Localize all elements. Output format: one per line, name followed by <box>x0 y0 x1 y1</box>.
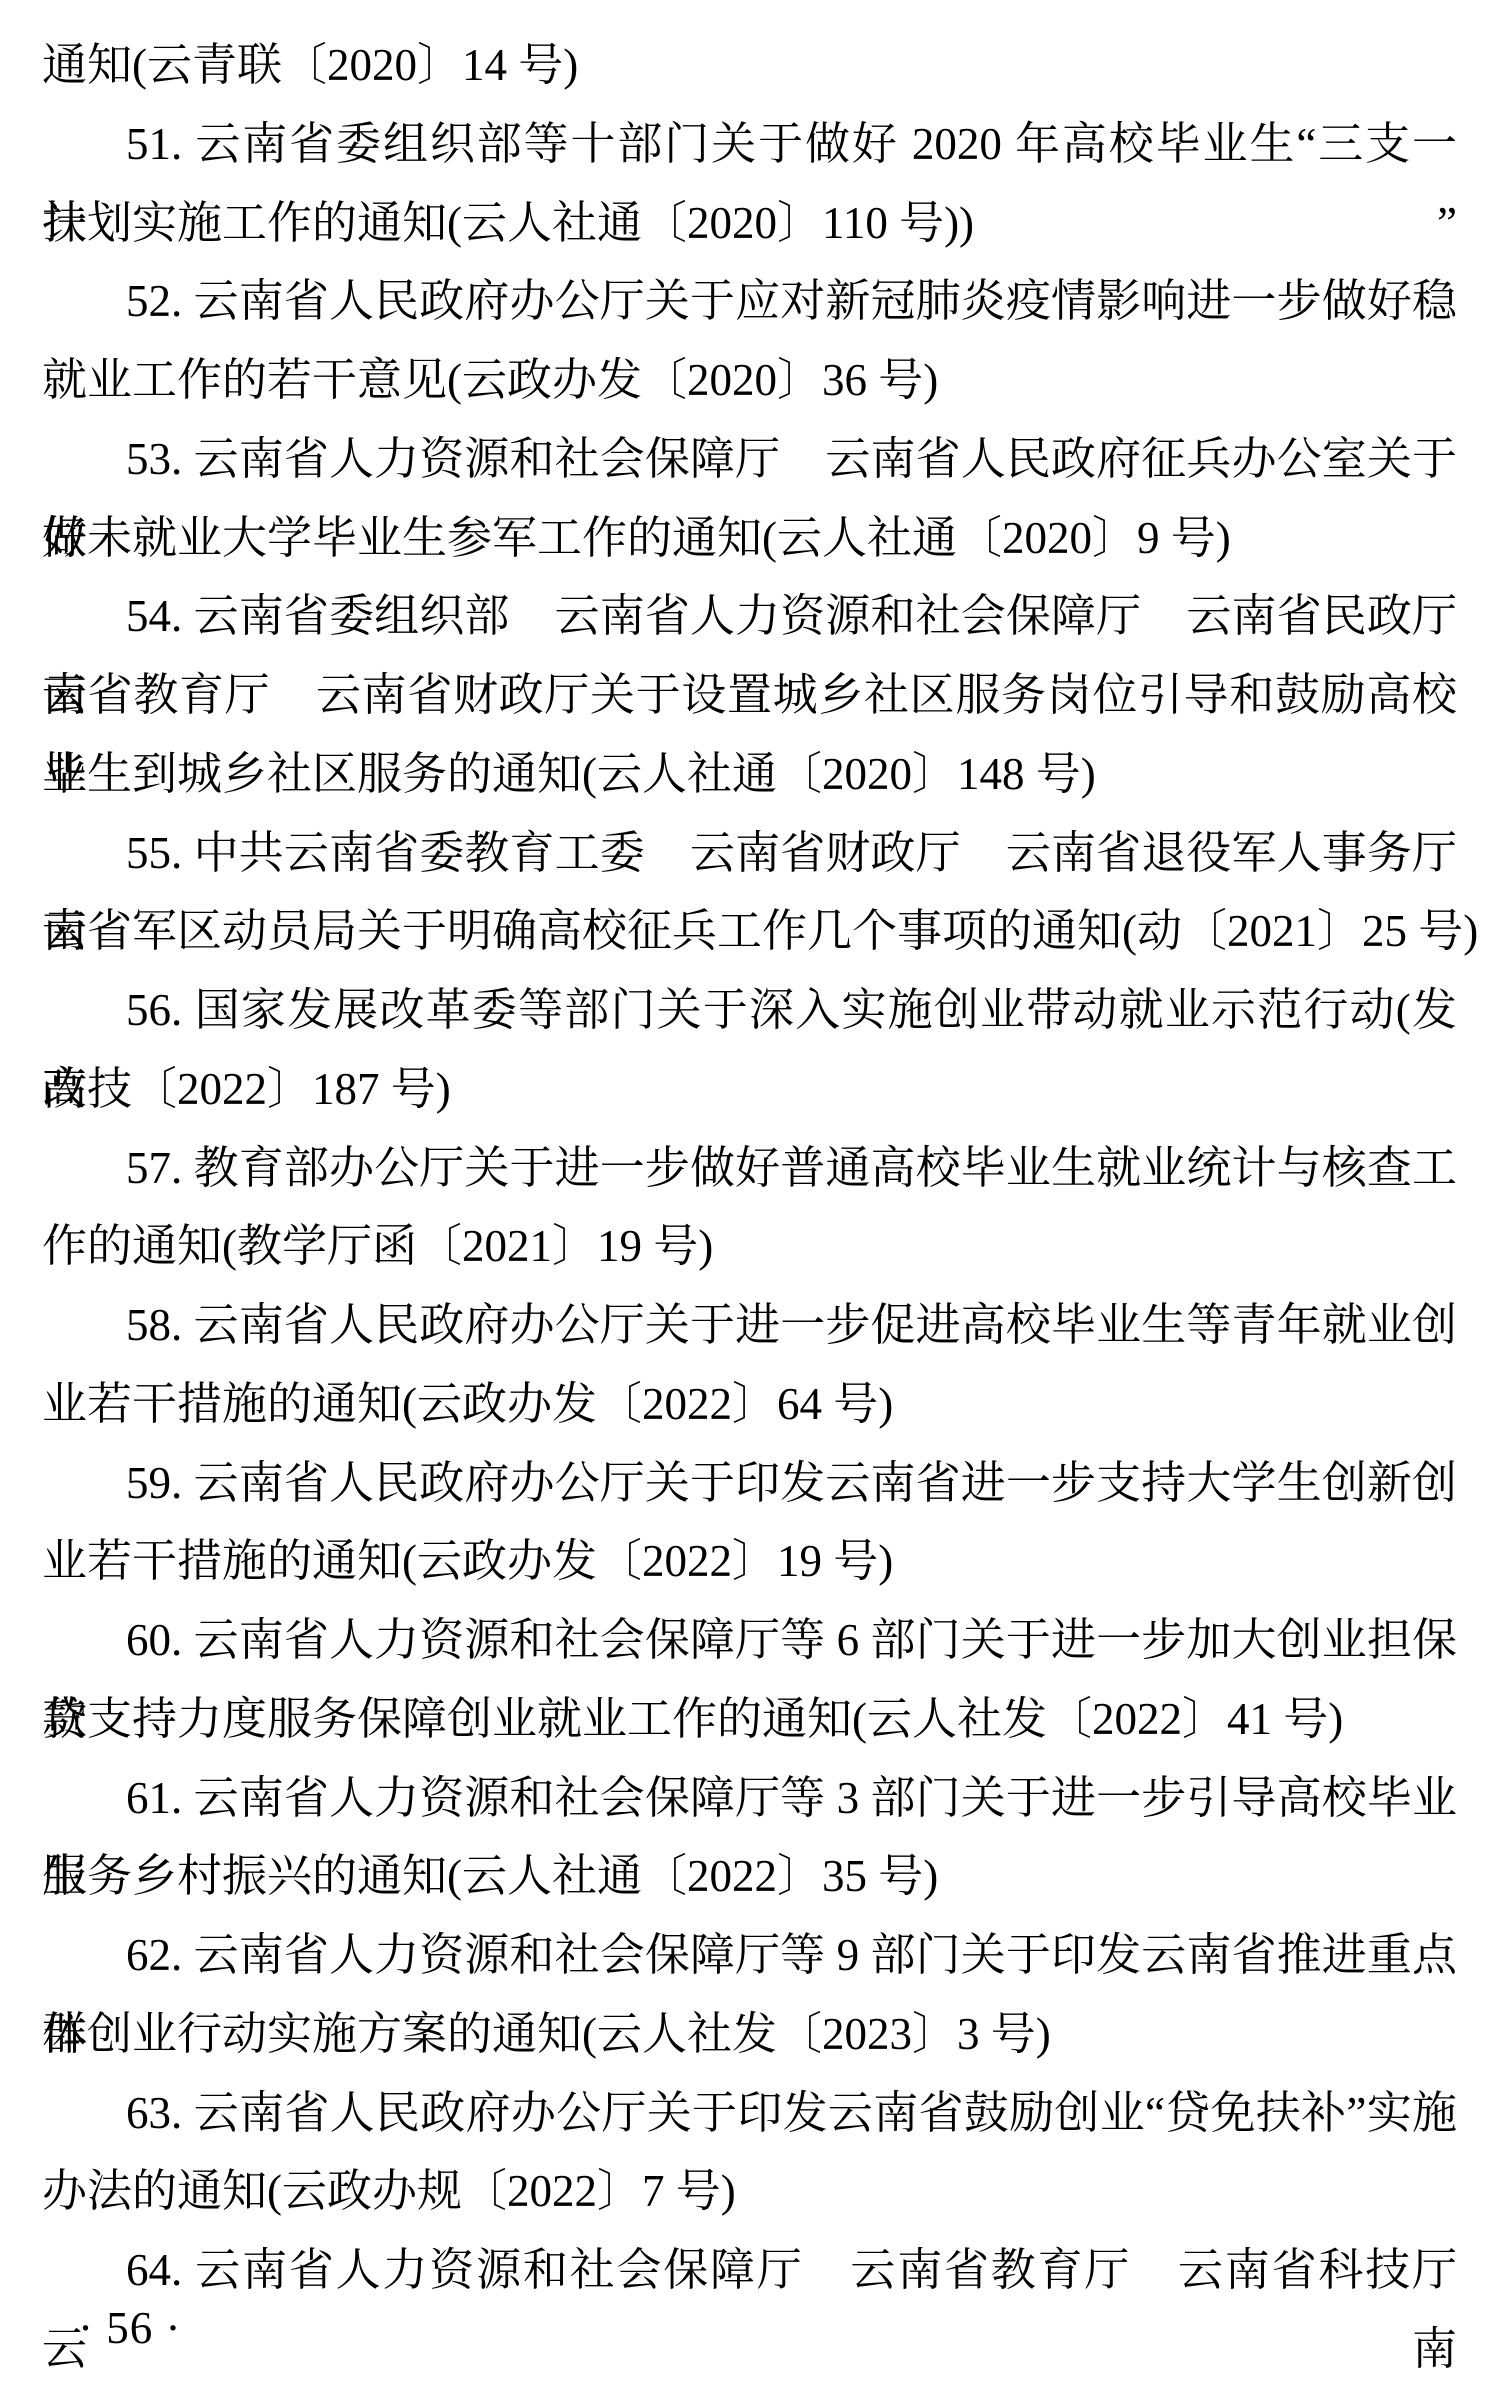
text-line: 55. 中共云南省委教育工委 云南省财政厅 云南省退役军人事务厅 云 <box>42 814 1457 893</box>
text-line: 服务乡村振兴的通知(云人社通〔2022〕35 号) <box>42 1837 1457 1916</box>
text-line: 63. 云南省人民政府办公厅关于印发云南省鼓励创业“贷免扶补”实施 <box>42 2074 1457 2153</box>
text-line: 就业工作的若干意见(云政办发〔2020〕36 号) <box>42 341 1457 420</box>
text-line: 52. 云南省人民政府办公厅关于应对新冠肺炎疫情影响进一步做好稳 <box>42 262 1457 341</box>
text-line: 60. 云南省人力资源和社会保障厅等 6 部门关于进一步加大创业担保贷 <box>42 1601 1457 1680</box>
text-line: 58. 云南省人民政府办公厅关于进一步促进高校毕业生等青年就业创 <box>42 1286 1457 1365</box>
document-body: 通知(云青联〔2020〕14 号)51. 云南省委组织部等十部门关于做好 202… <box>42 26 1457 2310</box>
text-line: 好未就业大学毕业生参军工作的通知(云人社通〔2020〕9 号) <box>42 499 1457 578</box>
document-page: 通知(云青联〔2020〕14 号)51. 云南省委组织部等十部门关于做好 202… <box>0 0 1499 2395</box>
text-line: 53. 云南省人力资源和社会保障厅 云南省人民政府征兵办公室关于做 <box>42 420 1457 499</box>
text-line: 62. 云南省人力资源和社会保障厅等 9 部门关于印发云南省推进重点群 <box>42 1916 1457 1995</box>
text-line: 64. 云南省人力资源和社会保障厅 云南省教育厅 云南省科技厅 云南 <box>42 2231 1457 2310</box>
text-line: 业若干措施的通知(云政办发〔2022〕64 号) <box>42 1365 1457 1444</box>
text-line: 办法的通知(云政办规〔2022〕7 号) <box>42 2152 1457 2231</box>
text-line: 业生到城乡社区服务的通知(云人社通〔2020〕148 号) <box>42 735 1457 814</box>
text-line: 59. 云南省人民政府办公厅关于印发云南省进一步支持大学生创新创 <box>42 1444 1457 1523</box>
text-line: 南省军区动员局关于明确高校征兵工作几个事项的通知(动〔2021〕25 号) <box>42 892 1457 971</box>
text-line: 作的通知(教学厅函〔2021〕19 号) <box>42 1207 1457 1286</box>
text-line: 高技〔2022〕187 号) <box>42 1050 1457 1129</box>
text-line: 款支持力度服务保障创业就业工作的通知(云人社发〔2022〕41 号) <box>42 1680 1457 1759</box>
text-line: 业若干措施的通知(云政办发〔2022〕19 号) <box>42 1522 1457 1601</box>
text-line: 体创业行动实施方案的通知(云人社发〔2023〕3 号) <box>42 1995 1457 2074</box>
text-line: 61. 云南省人力资源和社会保障厅等 3 部门关于进一步引导高校毕业生 <box>42 1759 1457 1838</box>
text-line: 57. 教育部办公厅关于进一步做好普通高校毕业生就业统计与核查工 <box>42 1129 1457 1208</box>
text-line: 通知(云青联〔2020〕14 号) <box>42 26 1457 105</box>
page-number: · 56 · <box>78 2306 181 2351</box>
text-line: 51. 云南省委组织部等十部门关于做好 2020 年高校毕业生“三支一扶” <box>42 105 1457 184</box>
text-line: 南省教育厅 云南省财政厅关于设置城乡社区服务岗位引导和鼓励高校毕 <box>42 656 1457 735</box>
text-line: 54. 云南省委组织部 云南省人力资源和社会保障厅 云南省民政厅 云 <box>42 577 1457 656</box>
text-line: 56. 国家发展改革委等部门关于深入实施创业带动就业示范行动(发改 <box>42 971 1457 1050</box>
